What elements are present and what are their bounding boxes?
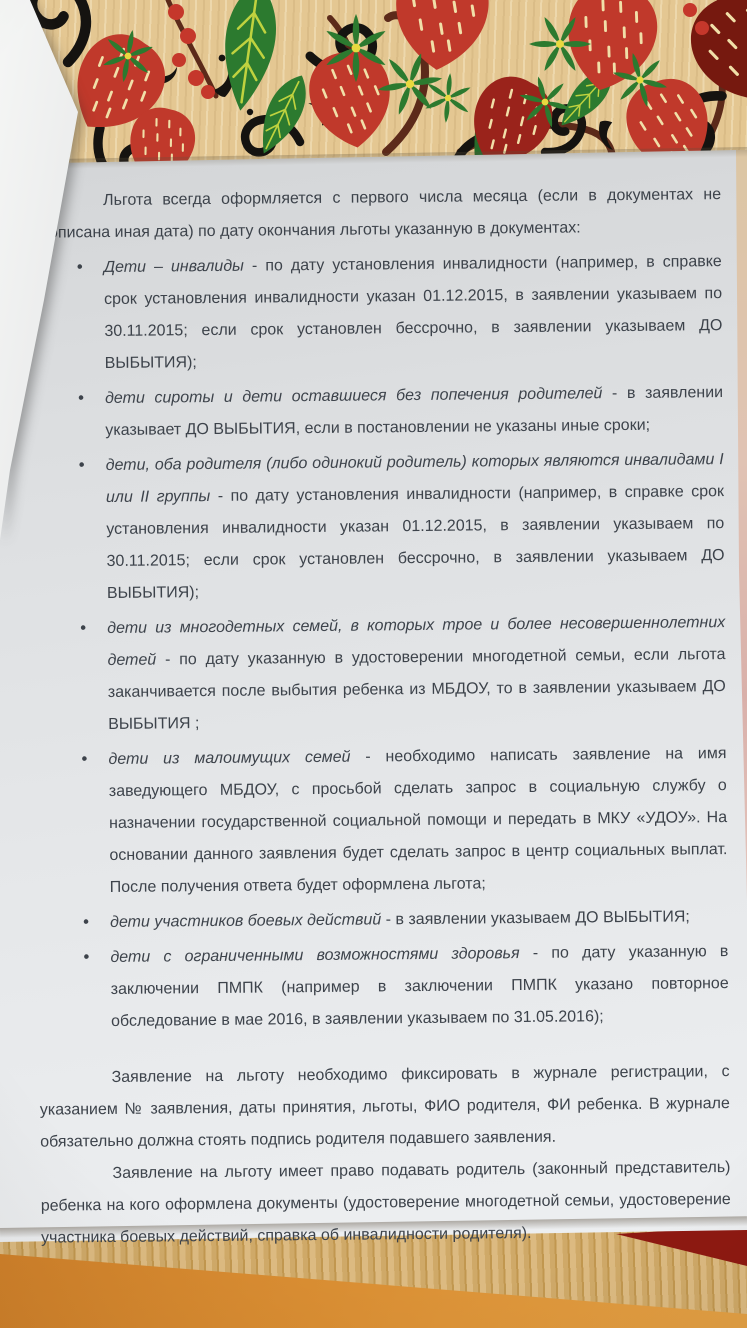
benefit-category: Дети – инвалиды: [104, 258, 244, 276]
page-curl-wrap: [0, 0, 110, 540]
benefit-list: Дети – инвалиды - по дату установления и…: [32, 246, 730, 1039]
benefit-item: дети с ограниченными возможностями здоро…: [38, 936, 729, 1039]
benefit-detail: - по дату указанную в удостоверении мног…: [108, 646, 726, 733]
benefit-item: дети из многодетных семей, в которых тро…: [35, 607, 726, 742]
closing-paragraph-2: Заявление на льготу имеет право подавать…: [40, 1152, 731, 1255]
benefit-category: дети с ограниченными возможностями здоро…: [110, 945, 519, 966]
benefit-item: дети, оба родителя (либо одинокий родите…: [34, 444, 726, 611]
benefit-item: дети участников боевых действий - в заяв…: [38, 901, 728, 940]
benefit-category: дети из малоимущих семей: [108, 749, 350, 768]
page-curl: [0, 0, 110, 540]
document-text: Льгота всегда оформляется с первого числ…: [0, 179, 747, 1255]
benefit-detail: - в заявлении указываем ДО ВЫБЫТИЯ;: [381, 908, 690, 928]
closing-paragraph-1: Заявление на льготу необходимо фиксирова…: [39, 1056, 730, 1159]
benefit-detail: - необходимо написать заявление на имя з…: [109, 745, 728, 896]
benefit-category: дети сироты и дети оставшиеся без попече…: [105, 385, 603, 407]
benefit-item: дети из малоимущих семей - необходимо на…: [36, 738, 728, 905]
benefit-category: дети участников боевых действий: [110, 911, 381, 931]
photo-of-document-scene: Льгота всегда оформляется с первого числ…: [0, 0, 747, 1328]
intro-paragraph: Льгота всегда оформляется с первого числ…: [31, 179, 722, 250]
benefit-item: Дети – инвалиды - по дату установления и…: [32, 246, 723, 381]
benefit-item: дети сироты и дети оставшиеся без попече…: [33, 377, 724, 448]
